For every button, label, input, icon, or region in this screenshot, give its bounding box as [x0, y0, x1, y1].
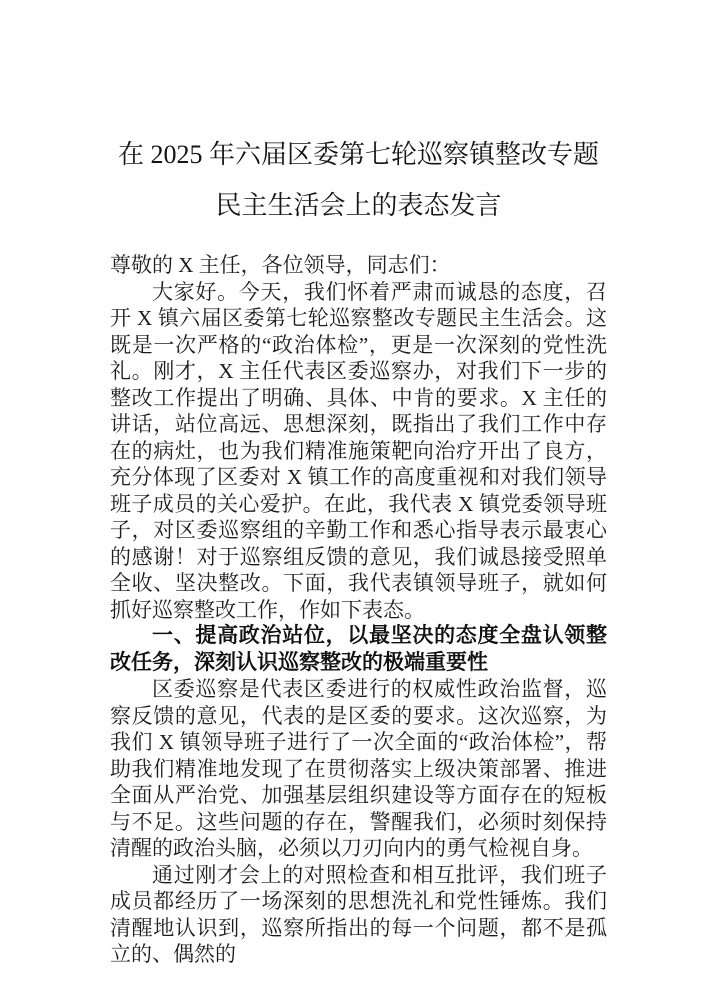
paragraph: 大家好。今天，我们怀着严肃而诚恳的态度，召开 X 镇六届区委第七轮巡察整改专题民… — [110, 279, 607, 624]
title-line-2: 民主生活会上的表态发言 — [110, 180, 607, 231]
document-body: 尊敬的 X 主任，各位领导，同志们：大家好。今天，我们怀着严肃而诚恳的态度，召开… — [110, 252, 607, 968]
paragraph: 尊敬的 X 主任，各位领导，同志们： — [110, 252, 607, 279]
paragraph: 区委巡察是代表区委进行的权威性政治监督，巡察反馈的意见，代表的是区委的要求。这次… — [110, 676, 607, 862]
title-line-1: 在 2025 年六届区委第七轮巡察镇整改专题 — [110, 129, 607, 180]
section-heading: 一、提高政治站位，以最坚决的态度全盘认领整改任务，深刻认识巡察整改的极端重要性 — [110, 623, 607, 676]
document-page: 在 2025 年六届区委第七轮巡察镇整改专题 民主生活会上的表态发言 尊敬的 X… — [0, 0, 711, 1006]
paragraph: 通过刚才会上的对照检查和相互批评，我们班子成员都经历了一场深刻的思想洗礼和党性锤… — [110, 862, 607, 968]
document-content-area: 在 2025 年六届区委第七轮巡察镇整改专题 民主生活会上的表态发言 尊敬的 X… — [110, 0, 607, 968]
document-title: 在 2025 年六届区委第七轮巡察镇整改专题 民主生活会上的表态发言 — [110, 129, 607, 231]
